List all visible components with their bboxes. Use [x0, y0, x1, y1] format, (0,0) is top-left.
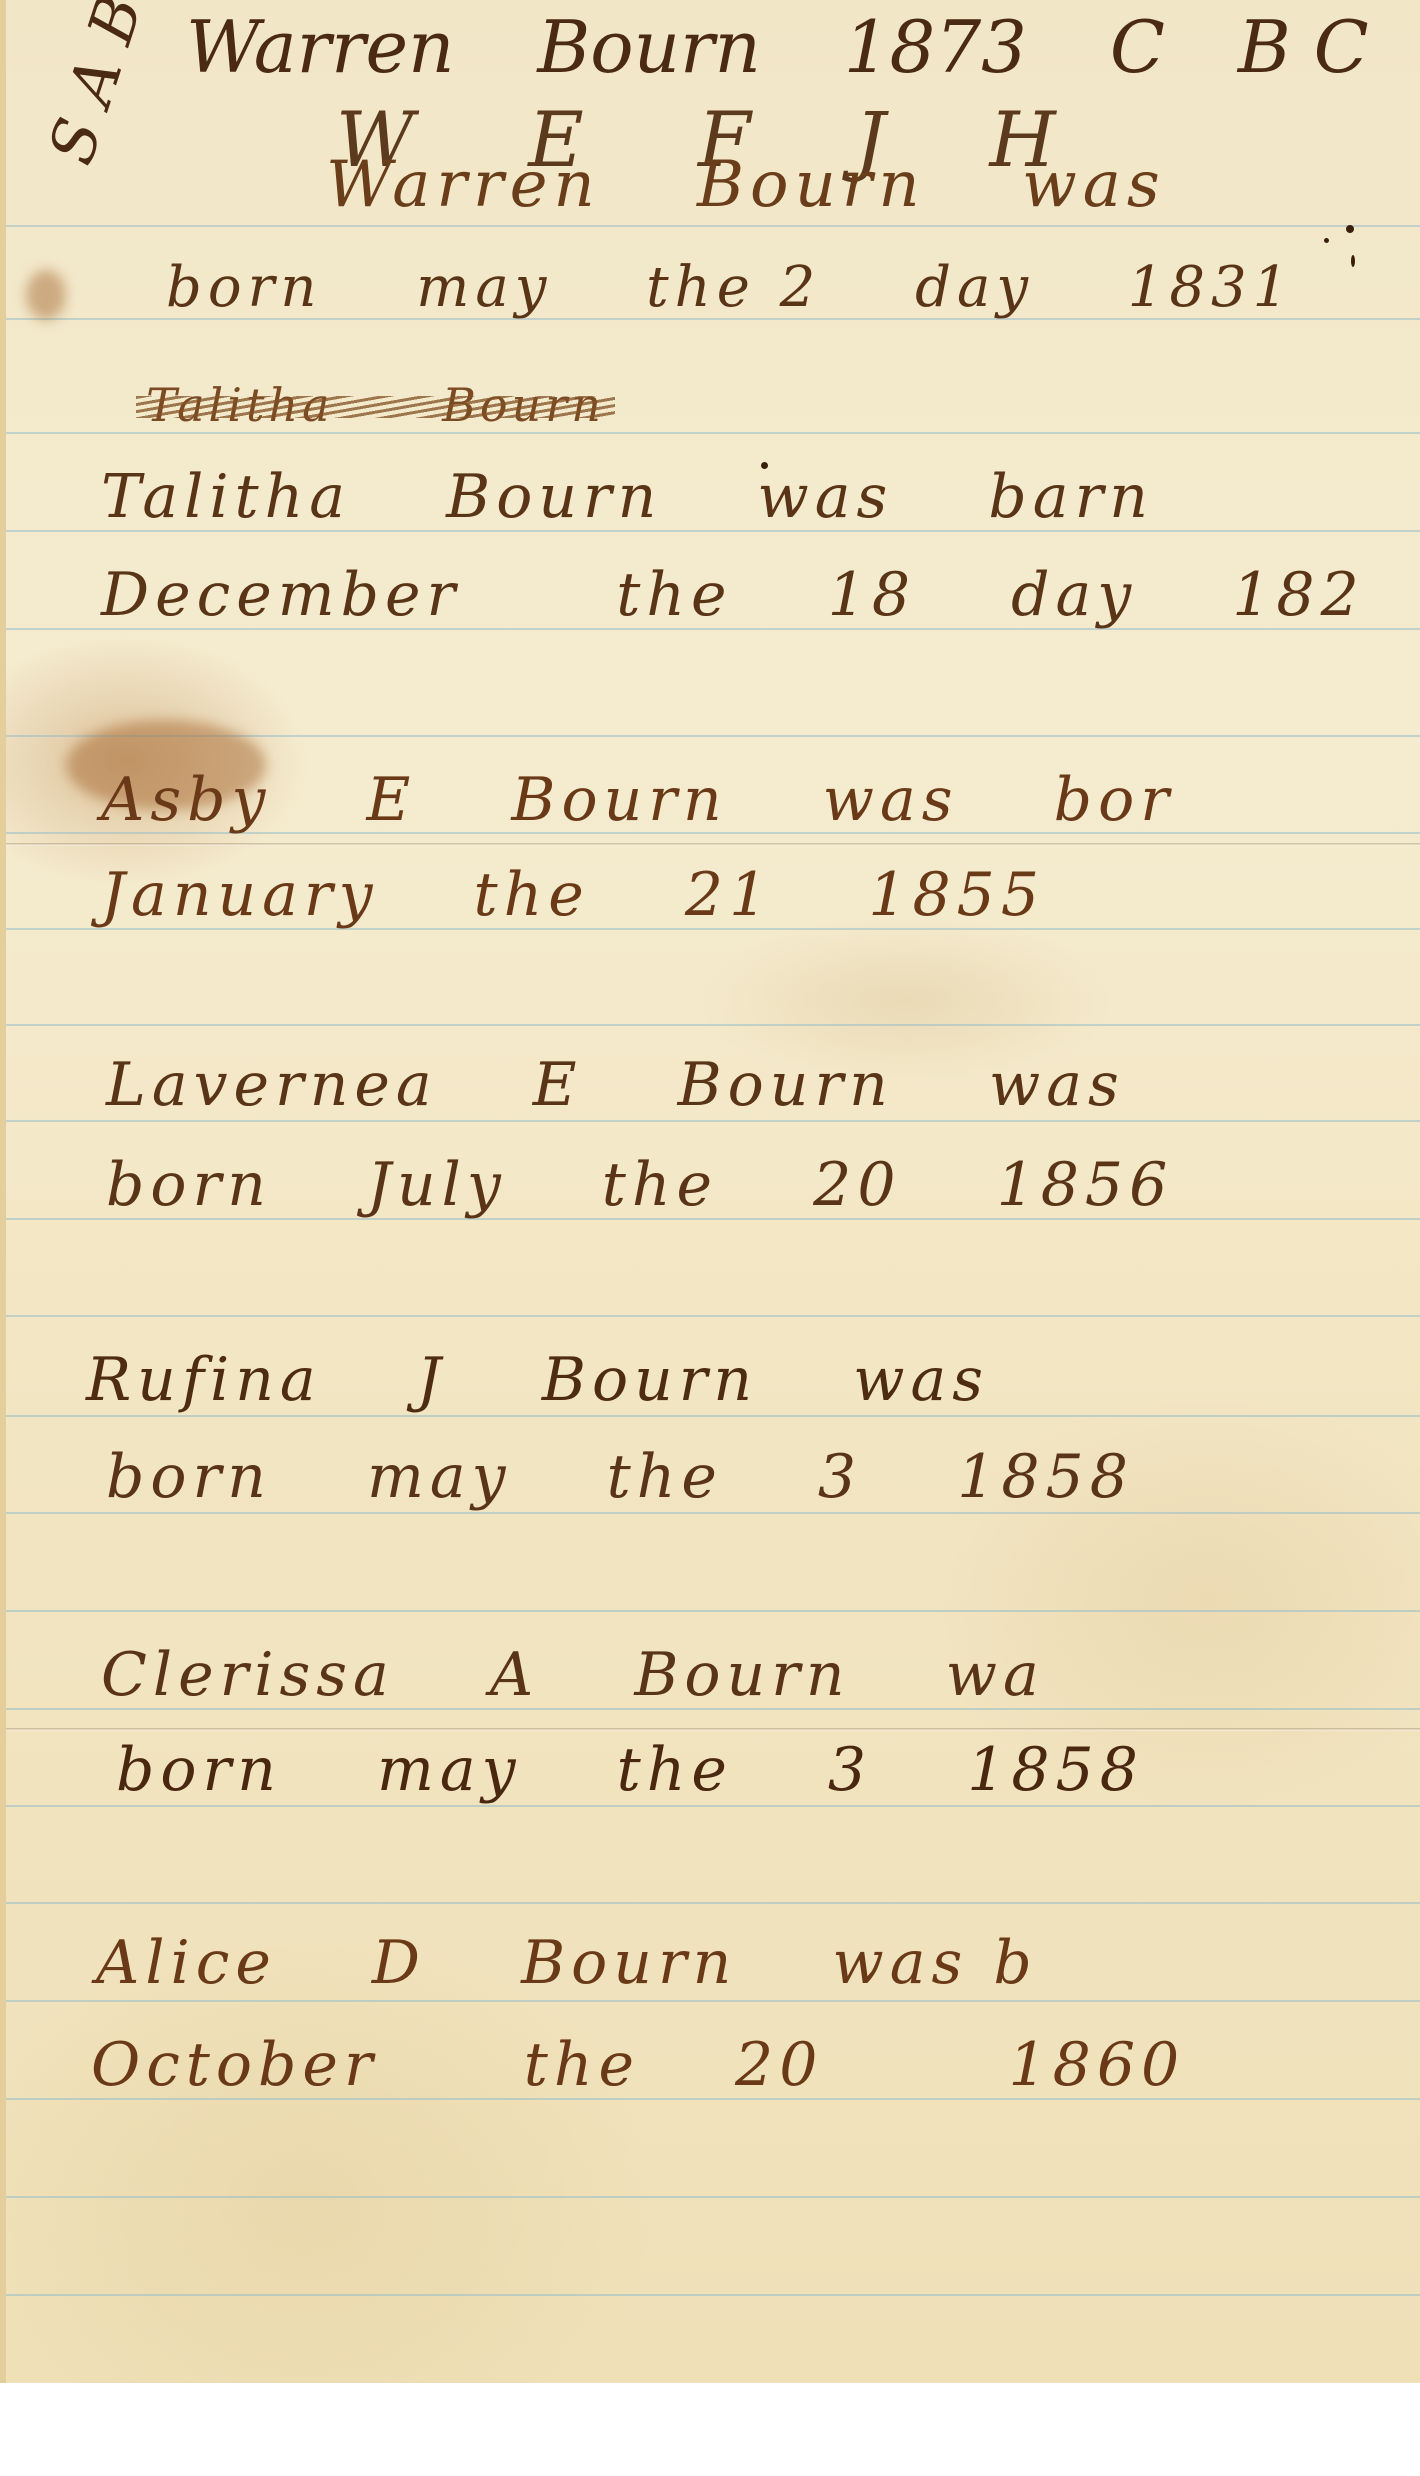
entry-word: the — [617, 1735, 733, 1805]
header-word: Bourn — [537, 5, 760, 89]
ruled-line — [6, 1315, 1420, 1317]
entry-word: Bourn — [697, 148, 926, 222]
ink-spot — [1324, 238, 1329, 243]
entry-word: was — [823, 765, 959, 835]
entry-word: 3 — [828, 1735, 872, 1805]
entry-word: wa — [946, 1640, 1045, 1710]
margin-flourish: S A B e e — [34, 0, 192, 173]
struck-word: Bourn — [442, 378, 605, 432]
entry-word: Bourn — [446, 462, 662, 532]
paper-sheet: S A B e e Warren Bourn 1873 C B C W E F … — [0, 0, 1420, 2383]
entry-4-name-line: Lavernea E Bourn was — [106, 1050, 1195, 1120]
ruled-line — [6, 1610, 1420, 1612]
entry-word: may — [367, 1442, 512, 1512]
entry-4-date-line: born July the 20 1856 — [106, 1150, 1243, 1220]
entry-word: the — [602, 1150, 718, 1220]
entry-word: E — [533, 1050, 583, 1120]
entry-word: October — [91, 2030, 379, 2100]
entry-word: 20 — [735, 2030, 823, 2100]
scan-background — [0, 2383, 1420, 2476]
entry-word: bor — [1054, 765, 1175, 835]
entry-word: J — [417, 1345, 447, 1415]
entry-6-name-line: Clerissa A Bourn wa — [101, 1640, 1115, 1710]
entry-word: born — [166, 255, 322, 320]
header-word: C — [1110, 5, 1165, 89]
entry-word: 1858 — [957, 1442, 1134, 1512]
ruled-line — [6, 225, 1420, 227]
entry-word: December — [101, 560, 461, 630]
entry-word: Bourn — [634, 1640, 850, 1710]
entry-word: born — [106, 1150, 272, 1220]
entry-word: Warren — [326, 148, 601, 222]
entry-word: day — [1011, 560, 1137, 630]
entry-word: Asby — [101, 765, 271, 835]
entry-word: Talitha — [101, 462, 351, 532]
entry-word: was — [989, 1050, 1125, 1120]
entry-3-date-line: January the 21 1855 — [101, 860, 1115, 930]
ruled-line — [6, 1120, 1420, 1122]
entry-word: the — [616, 560, 732, 630]
entry-word: 1860 — [1008, 2030, 1185, 2100]
entry-word: 21 — [685, 860, 773, 930]
entry-word: the — [474, 860, 590, 930]
entry-word: born — [106, 1442, 272, 1512]
entry-1-date-line: born may the 2 day 1831 — [166, 255, 1364, 320]
entry-word: was — [1022, 148, 1166, 222]
entry-7-name-line: Alice D Bourn was b — [96, 1928, 1108, 1998]
entry-word: 1831 — [1128, 255, 1295, 320]
entry-word: may — [416, 255, 552, 320]
ruled-line — [6, 1512, 1420, 1514]
entry-word: day — [915, 255, 1034, 320]
entry-word: January — [101, 860, 378, 930]
struck-through-text: Talitha Bourn — [146, 378, 605, 432]
struck-word: Talitha — [146, 378, 334, 432]
ink-stain — [26, 270, 66, 320]
entry-word: A — [490, 1640, 539, 1710]
entry-1-name-line: Warren Bourn was — [326, 148, 1236, 222]
header-line-1: Warren Bourn 1873 C B C — [186, 5, 1369, 89]
ink-spot — [1346, 225, 1354, 233]
fold-crease — [6, 1728, 1420, 1731]
entry-word: may — [377, 1735, 522, 1805]
entry-word: barn — [988, 462, 1154, 532]
entry-word: 1858 — [967, 1735, 1144, 1805]
entry-5-date-line: born may the 3 1858 — [106, 1442, 1204, 1512]
ruled-line — [6, 2196, 1420, 2198]
entry-word: was b — [832, 1928, 1037, 1998]
ruled-line — [6, 1902, 1420, 1904]
entry-2-date-line: December the 18 day 182 — [101, 560, 1420, 630]
entry-3-name-line: Asby E Bourn was bor — [101, 765, 1245, 835]
ruled-line — [6, 1024, 1420, 1026]
entry-word: 1856 — [997, 1150, 1174, 1220]
entry-word: Bourn — [511, 765, 727, 835]
ruled-line — [6, 2294, 1420, 2296]
entry-7-date-line: October the 20 1860 — [91, 2030, 1255, 2100]
entry-2-name-line: Talitha Bourn was barn — [101, 462, 1224, 532]
entry-word: 182 — [1232, 560, 1365, 630]
entry-word: was — [853, 1345, 989, 1415]
entry-word: Clerissa — [101, 1640, 395, 1710]
entry-word: the — [524, 2030, 640, 2100]
fold-crease — [6, 843, 1420, 846]
entry-word: 20 — [813, 1150, 901, 1220]
ruled-line — [6, 1805, 1420, 1807]
entry-word: 18 — [828, 560, 916, 630]
entry-word: Alice — [96, 1928, 277, 1998]
entry-word: was — [757, 462, 893, 532]
entry-word: 3 — [818, 1442, 862, 1512]
entry-word: the — [607, 1442, 723, 1512]
entry-5-name-line: Rufina J Bourn was — [86, 1345, 1059, 1415]
entry-word: born — [116, 1735, 282, 1805]
entry-word: Bourn — [542, 1345, 758, 1415]
entry-word: July — [367, 1150, 507, 1220]
entry-word: the 2 — [646, 255, 821, 320]
entry-word: Bourn — [521, 1928, 737, 1998]
entry-word: E — [367, 765, 417, 835]
entry-word: Rufina — [86, 1345, 322, 1415]
ruled-line — [6, 1415, 1420, 1417]
header-word: 1873 — [844, 5, 1027, 89]
entry-word: 1855 — [868, 860, 1045, 930]
ruled-line — [6, 432, 1420, 434]
entry-6-date-line: born may the 3 1858 — [116, 1735, 1214, 1805]
header-word: B C — [1238, 5, 1369, 89]
ruled-line — [6, 2000, 1420, 2002]
header-word: Warren — [186, 5, 455, 89]
entry-word: Lavernea — [106, 1050, 438, 1120]
entry-word: D — [372, 1928, 426, 1998]
entry-word: Bourn — [678, 1050, 894, 1120]
